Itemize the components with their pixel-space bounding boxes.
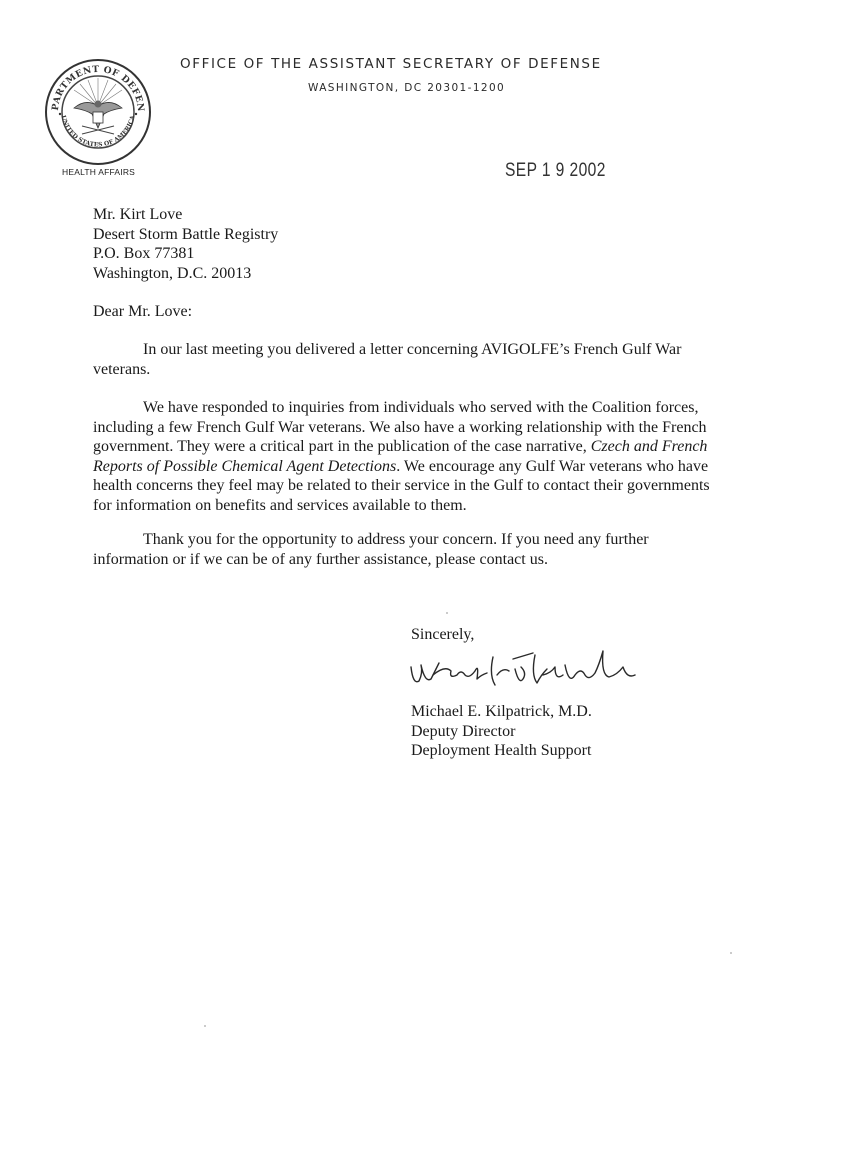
signatory-name: Michael E. Kilpatrick, M.D. bbox=[411, 702, 592, 722]
paragraph-1: In our last meeting you delivered a lett… bbox=[93, 340, 743, 379]
scan-speck bbox=[446, 612, 448, 614]
salutation: Dear Mr. Love: bbox=[93, 302, 192, 322]
paragraph-line: health concerns they feel may be related… bbox=[93, 476, 743, 496]
paragraph-line: Reports of Possible Chemical Agent Detec… bbox=[93, 457, 743, 477]
department-of-defense-seal-icon: DEPARTMENT OF DEFENSE UNITED STATES OF A… bbox=[44, 58, 152, 166]
signatory-organization: Deployment Health Support bbox=[411, 741, 592, 761]
recipient-address: Mr. Kirt Love Desert Storm Battle Regist… bbox=[93, 205, 278, 283]
paragraph-line: for information on benefits and services… bbox=[93, 496, 743, 516]
text-run: . We encourage any Gulf War veterans who… bbox=[396, 458, 708, 475]
department-name: HEALTH AFFAIRS bbox=[62, 167, 135, 177]
paragraph-2: We have responded to inquiries from indi… bbox=[93, 398, 743, 515]
signatory-title: Deputy Director bbox=[411, 722, 592, 742]
scan-speck bbox=[730, 952, 732, 954]
recipient-organization: Desert Storm Battle Registry bbox=[93, 225, 278, 245]
recipient-city: Washington, D.C. 20013 bbox=[93, 264, 278, 284]
date-stamp: SEP 1 9 2002 bbox=[505, 160, 606, 182]
recipient-po-box: P.O. Box 77381 bbox=[93, 244, 278, 264]
closing: Sincerely, bbox=[411, 625, 474, 645]
paragraph-line: Thank you for the opportunity to address… bbox=[93, 530, 743, 550]
paragraph-line: In our last meeting you delivered a lett… bbox=[93, 340, 743, 360]
report-title: Czech and French bbox=[591, 438, 708, 455]
paragraph-line: government. They were a critical part in… bbox=[93, 437, 743, 457]
paragraph-line: including a few French Gulf War veterans… bbox=[93, 418, 743, 438]
office-title: OFFICE OF THE ASSISTANT SECRETARY OF DEF… bbox=[180, 56, 670, 72]
handwritten-signature-icon bbox=[405, 645, 645, 695]
paragraph-3: Thank you for the opportunity to address… bbox=[93, 530, 743, 569]
scan-speck bbox=[204, 1025, 206, 1027]
report-title: Reports of Possible Chemical Agent Detec… bbox=[93, 458, 396, 475]
paragraph-line: We have responded to inquiries from indi… bbox=[93, 398, 743, 418]
recipient-name: Mr. Kirt Love bbox=[93, 205, 278, 225]
office-address: WASHINGTON, DC 20301-1200 bbox=[308, 82, 505, 94]
paragraph-line: veterans. bbox=[93, 360, 743, 380]
paragraph-line: information or if we can be of any furth… bbox=[93, 550, 743, 570]
text-run: government. They were a critical part in… bbox=[93, 438, 591, 455]
signature-block: Michael E. Kilpatrick, M.D. Deputy Direc… bbox=[411, 702, 592, 761]
